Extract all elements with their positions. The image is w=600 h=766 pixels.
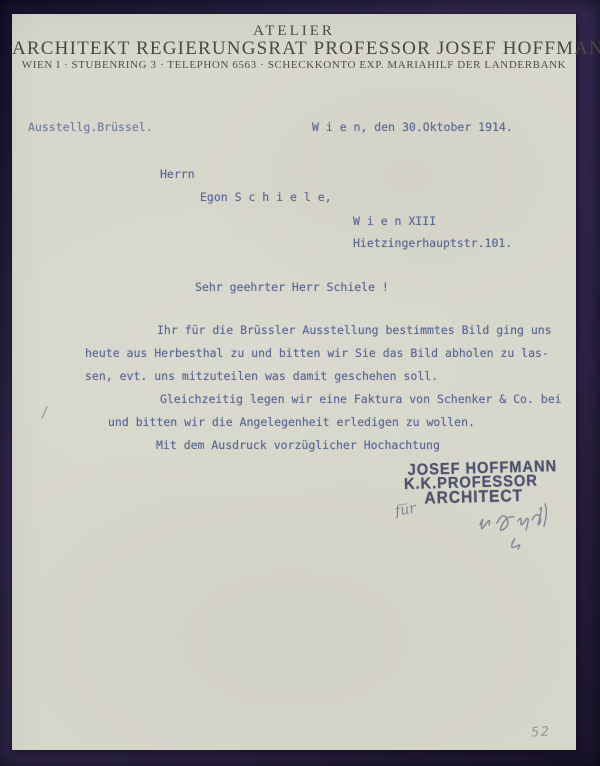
letter-page: ATELIER ARCHITEKT REGIERUNGSRAT PROFESSO… bbox=[12, 14, 576, 750]
recipient-city: W i e n XIII bbox=[353, 214, 436, 228]
letterhead-address-line: WIEN I · STUBENRING 3 · TELEPHON 6563 · … bbox=[12, 59, 576, 71]
handwritten-fuer: für bbox=[394, 500, 417, 519]
recipient-street: Hietzingerhauptstr.101. bbox=[353, 236, 512, 250]
scanned-letter-photo: ATELIER ARCHITEKT REGIERUNGSRAT PROFESSO… bbox=[0, 0, 600, 766]
dateline: W i e n, den 30.Oktober 1914. bbox=[312, 120, 513, 134]
page-number-pencil: 52 bbox=[531, 724, 552, 740]
handwritten-signature bbox=[452, 499, 572, 559]
body-line: heute aus Herbesthal zu und bitten wir S… bbox=[85, 346, 549, 360]
recipient-prefix: Herrn bbox=[160, 167, 195, 181]
body-line: Gleichzeitig legen wir eine Faktura von … bbox=[160, 392, 562, 406]
recipient-name: Egon S c h i e l e, bbox=[200, 190, 332, 204]
body-line: sen, evt. uns mitzuteilen was damit gesc… bbox=[85, 369, 438, 383]
salutation: Sehr geehrter Herr Schiele ! bbox=[195, 280, 389, 294]
closing-line: Mit dem Ausdruck vorzüglicher Hochachtun… bbox=[156, 438, 440, 452]
body-line: Ihr für die Brüssler Ausstellung bestimm… bbox=[157, 323, 552, 337]
pencil-mark bbox=[38, 404, 52, 422]
letterhead-name: ARCHITEKT REGIERUNGSRAT PROFESSOR JOSEF … bbox=[12, 38, 576, 60]
reference-subject: Ausstellg.Brüssel. bbox=[28, 120, 153, 134]
body-line: und bitten wir die Angelegenheit erledig… bbox=[108, 415, 475, 429]
